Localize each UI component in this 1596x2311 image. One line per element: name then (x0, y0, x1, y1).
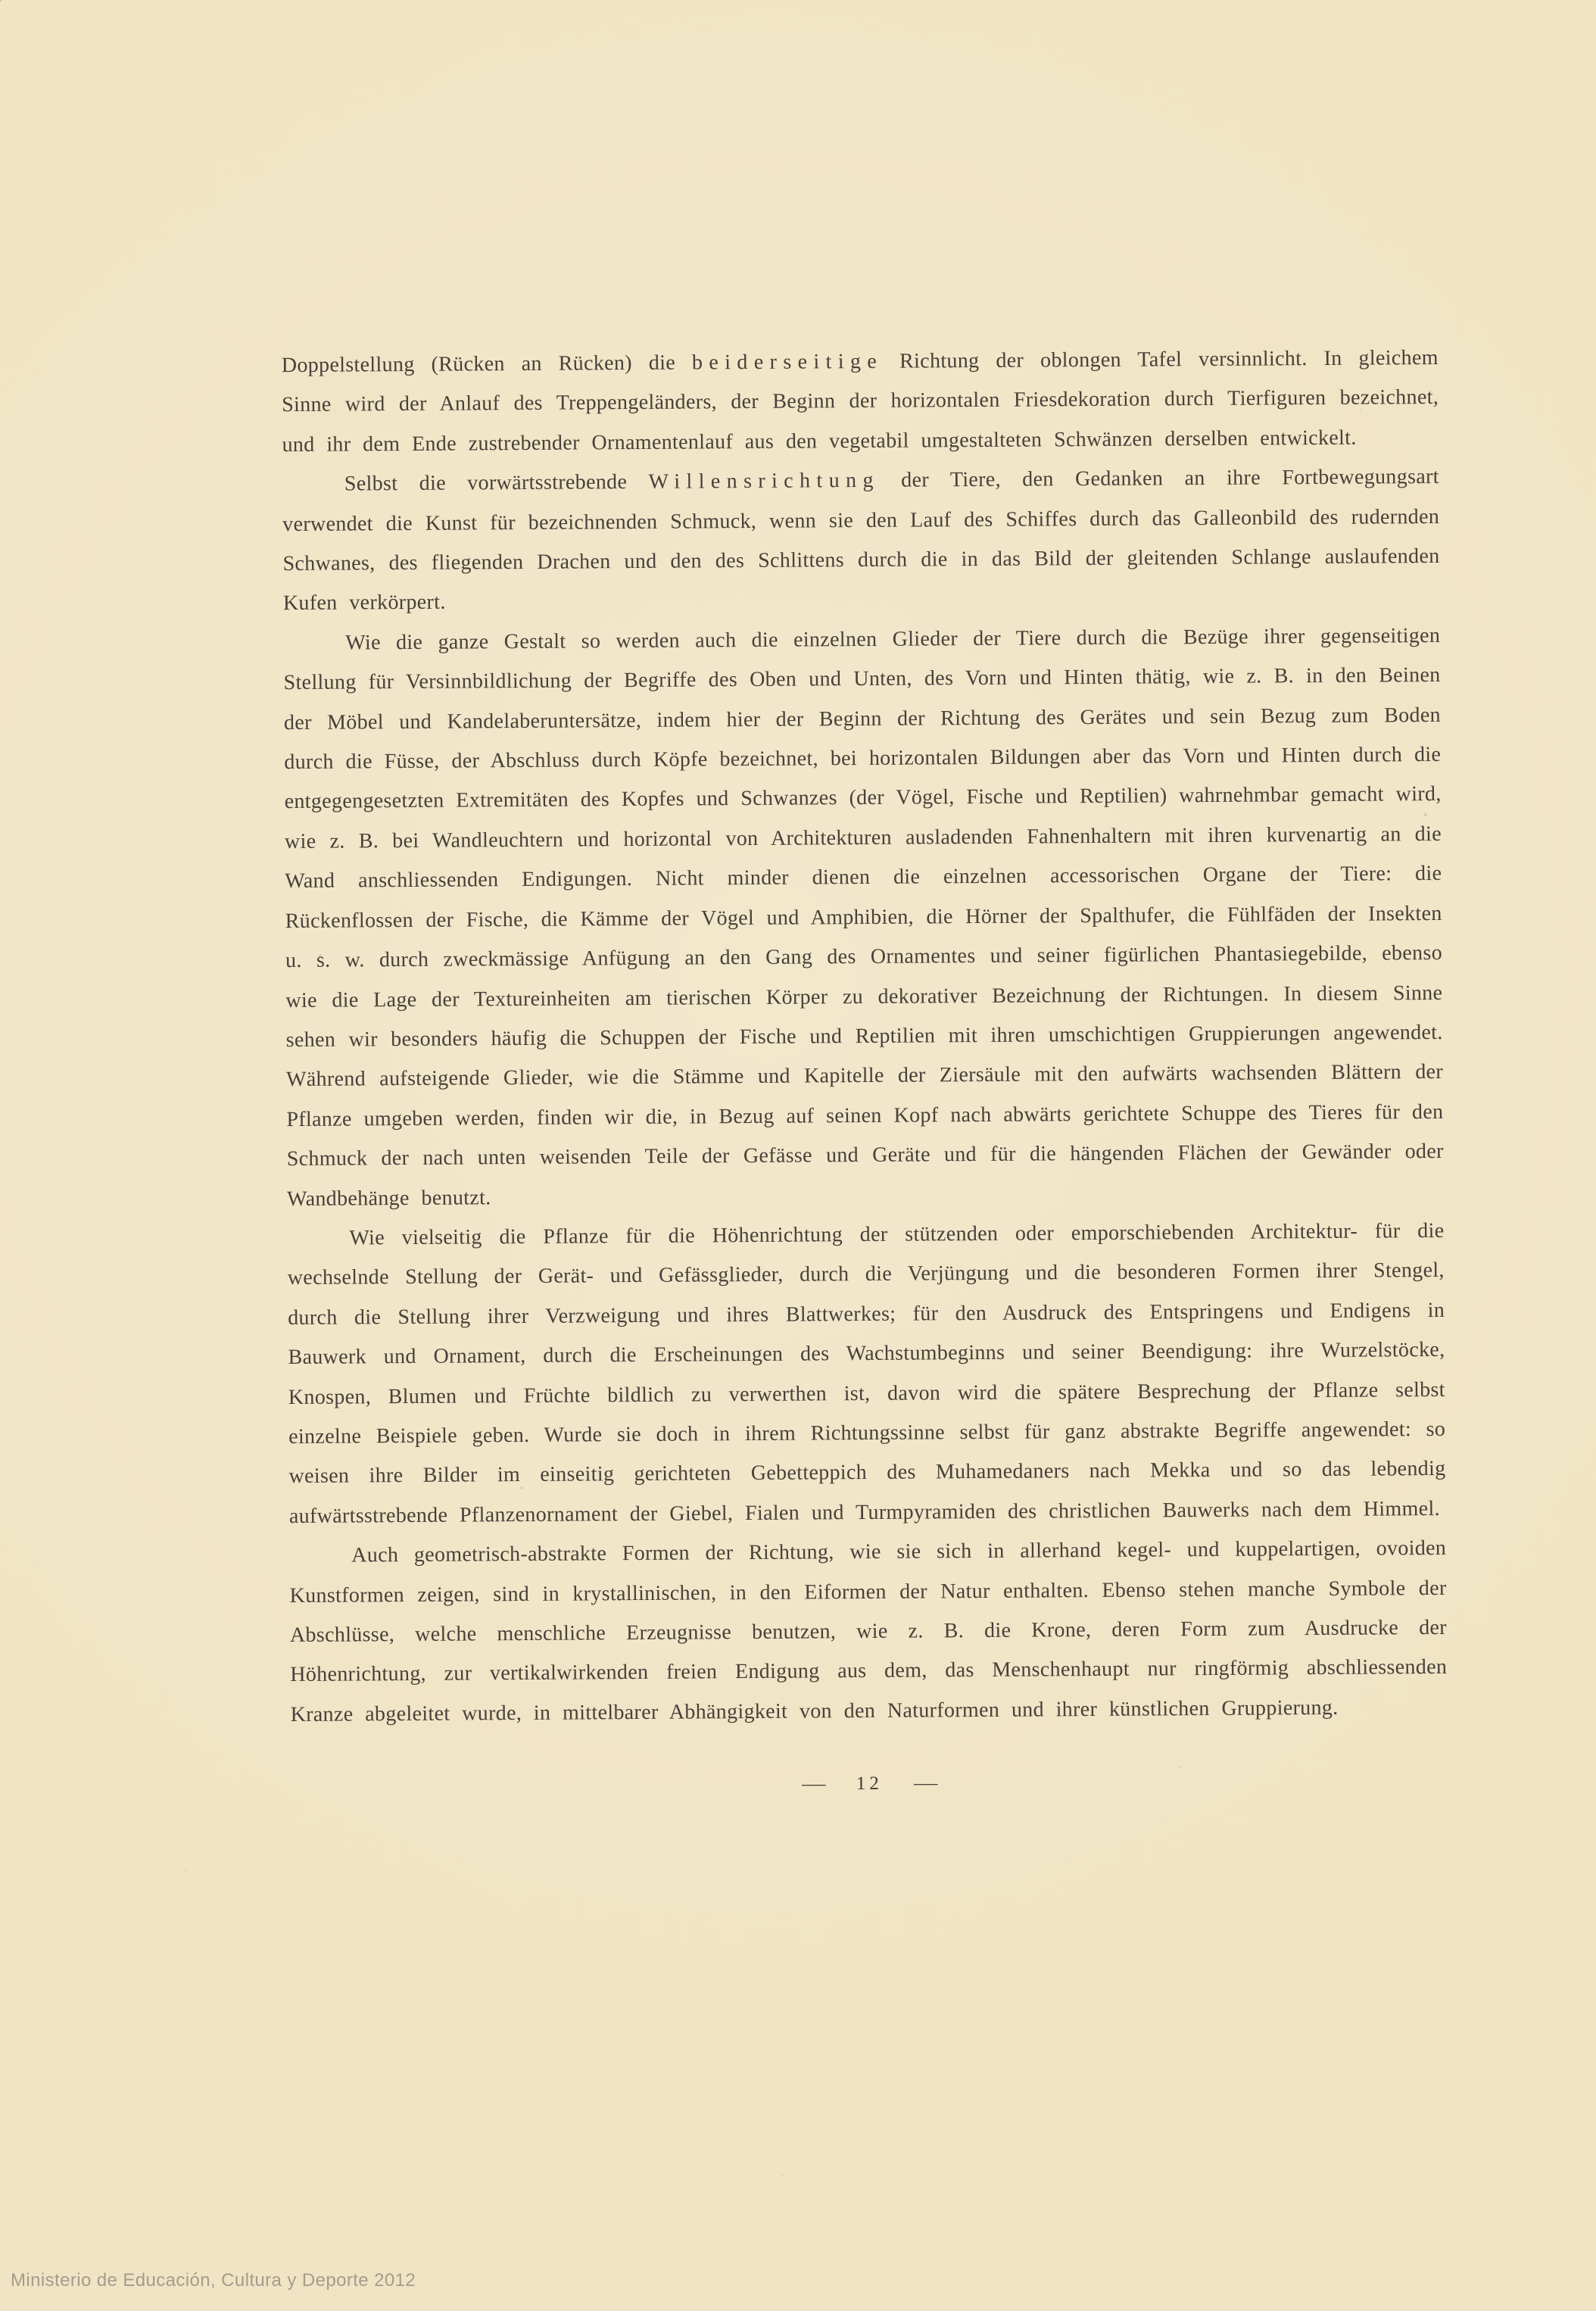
paragraph-text: Auch geometrisch-abstrakte Formen der Ri… (289, 1536, 1447, 1726)
scan-content: Doppelstellung (Rücken an Rücken) die be… (282, 338, 1448, 1798)
paragraph: Auch geometrisch-abstrakte Formen der Ri… (289, 1529, 1448, 1735)
scanned-book-page: Doppelstellung (Rücken an Rücken) die be… (0, 0, 1596, 2311)
paragraph-text: Wie die ganze Gestalt so werden auch die… (284, 624, 1444, 1211)
paragraph: Wie vielseitig die Pflanze für die Höhen… (287, 1212, 1446, 1536)
letterspaced-emphasis-text: beiderseitige (692, 350, 883, 375)
paragraph-text: Selbst die vorwärtsstrebende (344, 470, 649, 496)
text-block: Doppelstellung (Rücken an Rücken) die be… (282, 338, 1448, 1735)
paragraph: Doppelstellung (Rücken an Rücken) die be… (282, 338, 1439, 465)
paragraph-text: Doppelstellung (Rücken an Rücken) die (282, 351, 692, 377)
page-number-dash-left: — (802, 1774, 825, 1795)
paragraph: Wie die ganze Gestalt so werden auch die… (283, 616, 1444, 1219)
page-number-value: 12 (856, 1773, 883, 1795)
page-number: — 12 — (291, 1770, 1448, 1798)
paragraph: Selbst die vorwärtsstrebende Willensrich… (282, 457, 1440, 624)
paragraph-text: Wie vielseitig die Pflanze für die Höhen… (288, 1219, 1446, 1528)
page-number-dash-right: — (914, 1773, 937, 1795)
digitization-watermark: Ministerio de Educación, Cultura y Depor… (11, 2270, 416, 2291)
letterspaced-emphasis-text: Willensrichtung (648, 469, 879, 494)
